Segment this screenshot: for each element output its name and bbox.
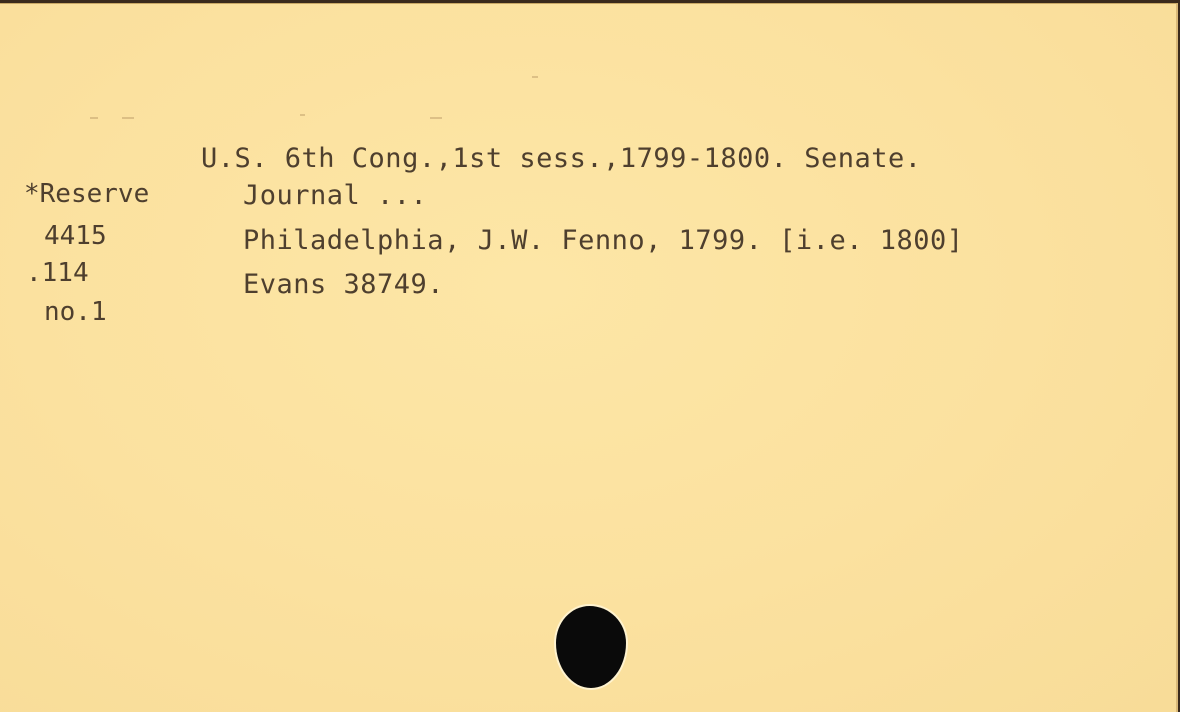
entry-heading: U.S. 6th Cong.,1st sess.,1799-1800. Sena… bbox=[201, 143, 921, 174]
paper-speck bbox=[90, 117, 98, 119]
entry-imprint: Philadelphia, J.W. Fenno, 1799. [i.e. 18… bbox=[243, 225, 963, 256]
call-number-cutter: .114 bbox=[26, 258, 89, 288]
call-number-volume: no.1 bbox=[44, 297, 107, 327]
paper-speck bbox=[122, 117, 134, 119]
entry-reference: Evans 38749. bbox=[243, 269, 444, 300]
entry-title: Journal ... bbox=[243, 180, 427, 211]
paper-speck bbox=[300, 114, 305, 116]
punch-hole bbox=[556, 606, 626, 688]
paper-speck bbox=[532, 76, 538, 78]
paper-speck bbox=[430, 117, 442, 119]
catalog-card: *Reserve 4415 .114 no.1 U.S. 6th Cong.,1… bbox=[0, 3, 1178, 712]
call-number-class: 4415 bbox=[44, 221, 107, 251]
call-number-location: *Reserve bbox=[24, 179, 149, 209]
